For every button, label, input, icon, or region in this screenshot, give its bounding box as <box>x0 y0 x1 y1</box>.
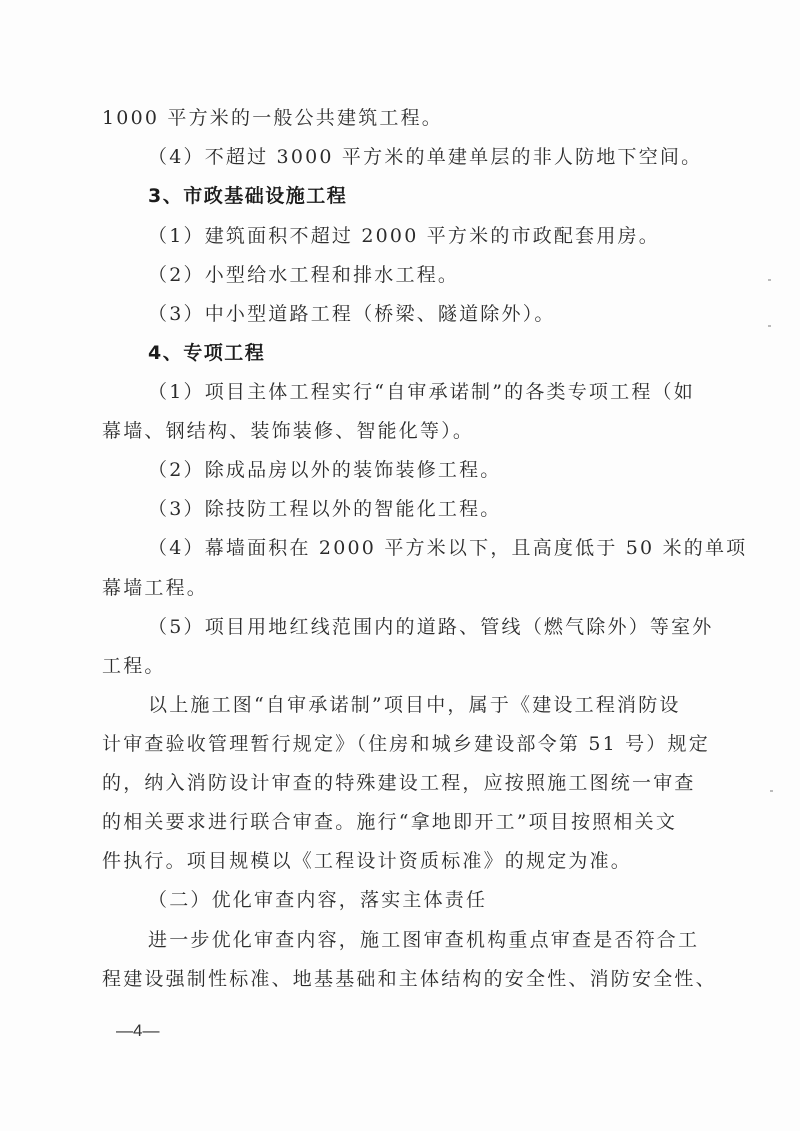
section-heading-special: 4、专项工程 <box>148 341 758 365</box>
list-item-5-outdoor: （5）项目用地红线范围内的道路、管线（燃气除外）等室外 <box>148 615 758 639</box>
text-line-continuation: 程建设强制性标准、地基基础和主体结构的安全性、消防安全性、 <box>102 967 712 991</box>
scan-margin-mark <box>770 790 773 792</box>
paragraph-fire-review: 以上施工图“自审承诺制”项目中，属于《建设工程消防设 <box>148 693 758 717</box>
scan-margin-mark <box>768 279 771 281</box>
document-page: 1000 平方米的一般公共建筑工程。 （4）不超过 3000 平方米的单建单层的… <box>0 0 800 1131</box>
list-item-2-water-works: （2）小型给水工程和排水工程。 <box>148 263 758 287</box>
list-item-3-road-works: （3）中小型道路工程（桥梁、隧道除外）。 <box>148 302 758 326</box>
scan-margin-mark <box>768 325 771 327</box>
text-line-continuation: 的，纳入消防设计审查的特殊建设工程，应按照施工图统一审查 <box>102 771 712 795</box>
section-heading-municipal: 3、市政基础设施工程 <box>148 184 758 208</box>
list-item-1-special-projects: （1）项目主体工程实行“自审承诺制”的各类专项工程（如 <box>148 380 758 404</box>
text-line-continuation: 幕墙工程。 <box>102 576 712 600</box>
page-number: —4— <box>116 1021 159 1041</box>
text-line-continuation: 工程。 <box>102 654 712 678</box>
text-line-continuation: 的相关要求进行联合审查。施行“拿地即开工”项目按照相关文 <box>102 810 712 834</box>
list-item-4-underground-space: （4）不超过 3000 平方米的单建单层的非人防地下空间。 <box>148 145 758 169</box>
paragraph-review-content: 进一步优化审查内容，施工图审查机构重点审查是否符合工 <box>148 928 758 952</box>
list-item-1-municipal-housing: （1）建筑面积不超过 2000 平方米的市政配套用房。 <box>148 224 758 248</box>
text-line-continuation: 计审查验收管理暂行规定》（住房和城乡建设部令第 51 号）规定 <box>102 732 712 756</box>
list-item-3-intelligent: （3）除技防工程以外的智能化工程。 <box>148 497 758 521</box>
list-item-2-decoration: （2）除成品房以外的装饰装修工程。 <box>148 458 758 482</box>
text-line-continuation: 1000 平方米的一般公共建筑工程。 <box>102 106 712 130</box>
list-item-4-curtain-wall: （4）幕墙面积在 2000 平方米以下，且高度低于 50 米的单项 <box>148 536 758 560</box>
text-line-continuation: 幕墙、钢结构、装饰装修、智能化等）。 <box>102 419 712 443</box>
text-line-continuation: 件执行。项目规模以《工程设计资质标准》的规定为准。 <box>102 849 712 873</box>
subsection-heading-optimize: （二）优化审查内容，落实主体责任 <box>148 888 758 912</box>
